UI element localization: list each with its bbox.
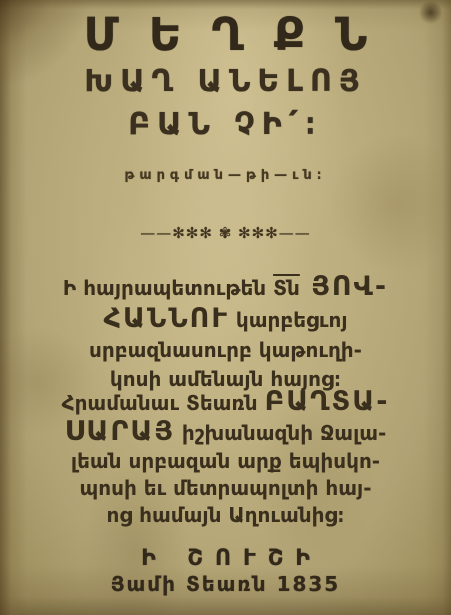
authorization-line-5: ոց համայն Աղուանից։ [0,502,451,529]
book-title-page: ՄԵՂՔՆ ԽԱՂ ԱՆԵԼՈՅ ԲԱՆ ՉԻ՛։ թարգման—թի—ւն։… [0,0,451,615]
catholicos-epithet: կարբեցւոյ [229,308,348,332]
ornament-divider: ——✻✻✻ ✾ ✻✻✻—— [0,224,451,242]
authorization-line-1: Հրամանաւ Տեառն ԲԱՂՏԱ- [0,388,451,418]
authorization-line-2: ՍԱՐԱՅ իշխանազնի Ջալա- [0,418,451,448]
metropolitan-name-part-2: ՍԱՐԱՅ [65,416,175,447]
patronage-line-1: Ի հայրապետութեն Տն ՅՈՎ- [0,272,451,304]
authorization-line-3: լեան սրբազան արք եպիսկո- [0,448,451,475]
authorization-line-1-text: Հրամանաւ Տեառն [62,391,265,415]
authorization-line-4: պոսի եւ մետրապոլտի հայ- [0,475,451,502]
imprint-date-line: Յամի Տեառն 1835 [0,572,451,596]
authorization-paragraph: Հրամանաւ Տեառն ԲԱՂՏԱ- ՍԱՐԱՅ իշխանազնի Ջա… [0,388,451,529]
title-line-3: ԲԱՆ ՉԻ՛։ [0,107,451,142]
imprint-date-text: Յամի Տեառն [111,572,277,596]
patronage-paragraph: Ի հայրապետութեն Տն ՅՈՎ- ՀԱՆՆՈՒ կարբեցւոյ… [0,272,451,394]
patronage-line-1-text: Ի հայրապետութեն [63,276,273,300]
patronage-line-3: սրբազնասուրբ կաթուղի- [0,336,451,365]
imprint-year: 1835 [277,572,341,596]
subtitle-small-line: թարգման—թի—ւն։ [0,168,451,183]
catholicos-name-part-1: ՅՈՎ- [300,271,388,302]
catholicos-name-part-2: ՀԱՆՆՈՒ [103,303,228,334]
book-title: ՄԵՂՔՆ [0,8,451,61]
lord-abbreviation: Տն [273,276,300,300]
patronage-line-2: ՀԱՆՆՈՒ կարբեցւոյ [0,304,451,336]
metropolitan-name-part-1: ԲԱՂՏԱ- [265,386,390,417]
metropolitan-epithet: իշխանազնի Ջալա- [175,421,386,445]
imprint-place: Ի ՇՈՒՇԻ [0,546,451,571]
title-line-2: ԽԱՂ ԱՆԵԼՈՅ [0,64,451,99]
